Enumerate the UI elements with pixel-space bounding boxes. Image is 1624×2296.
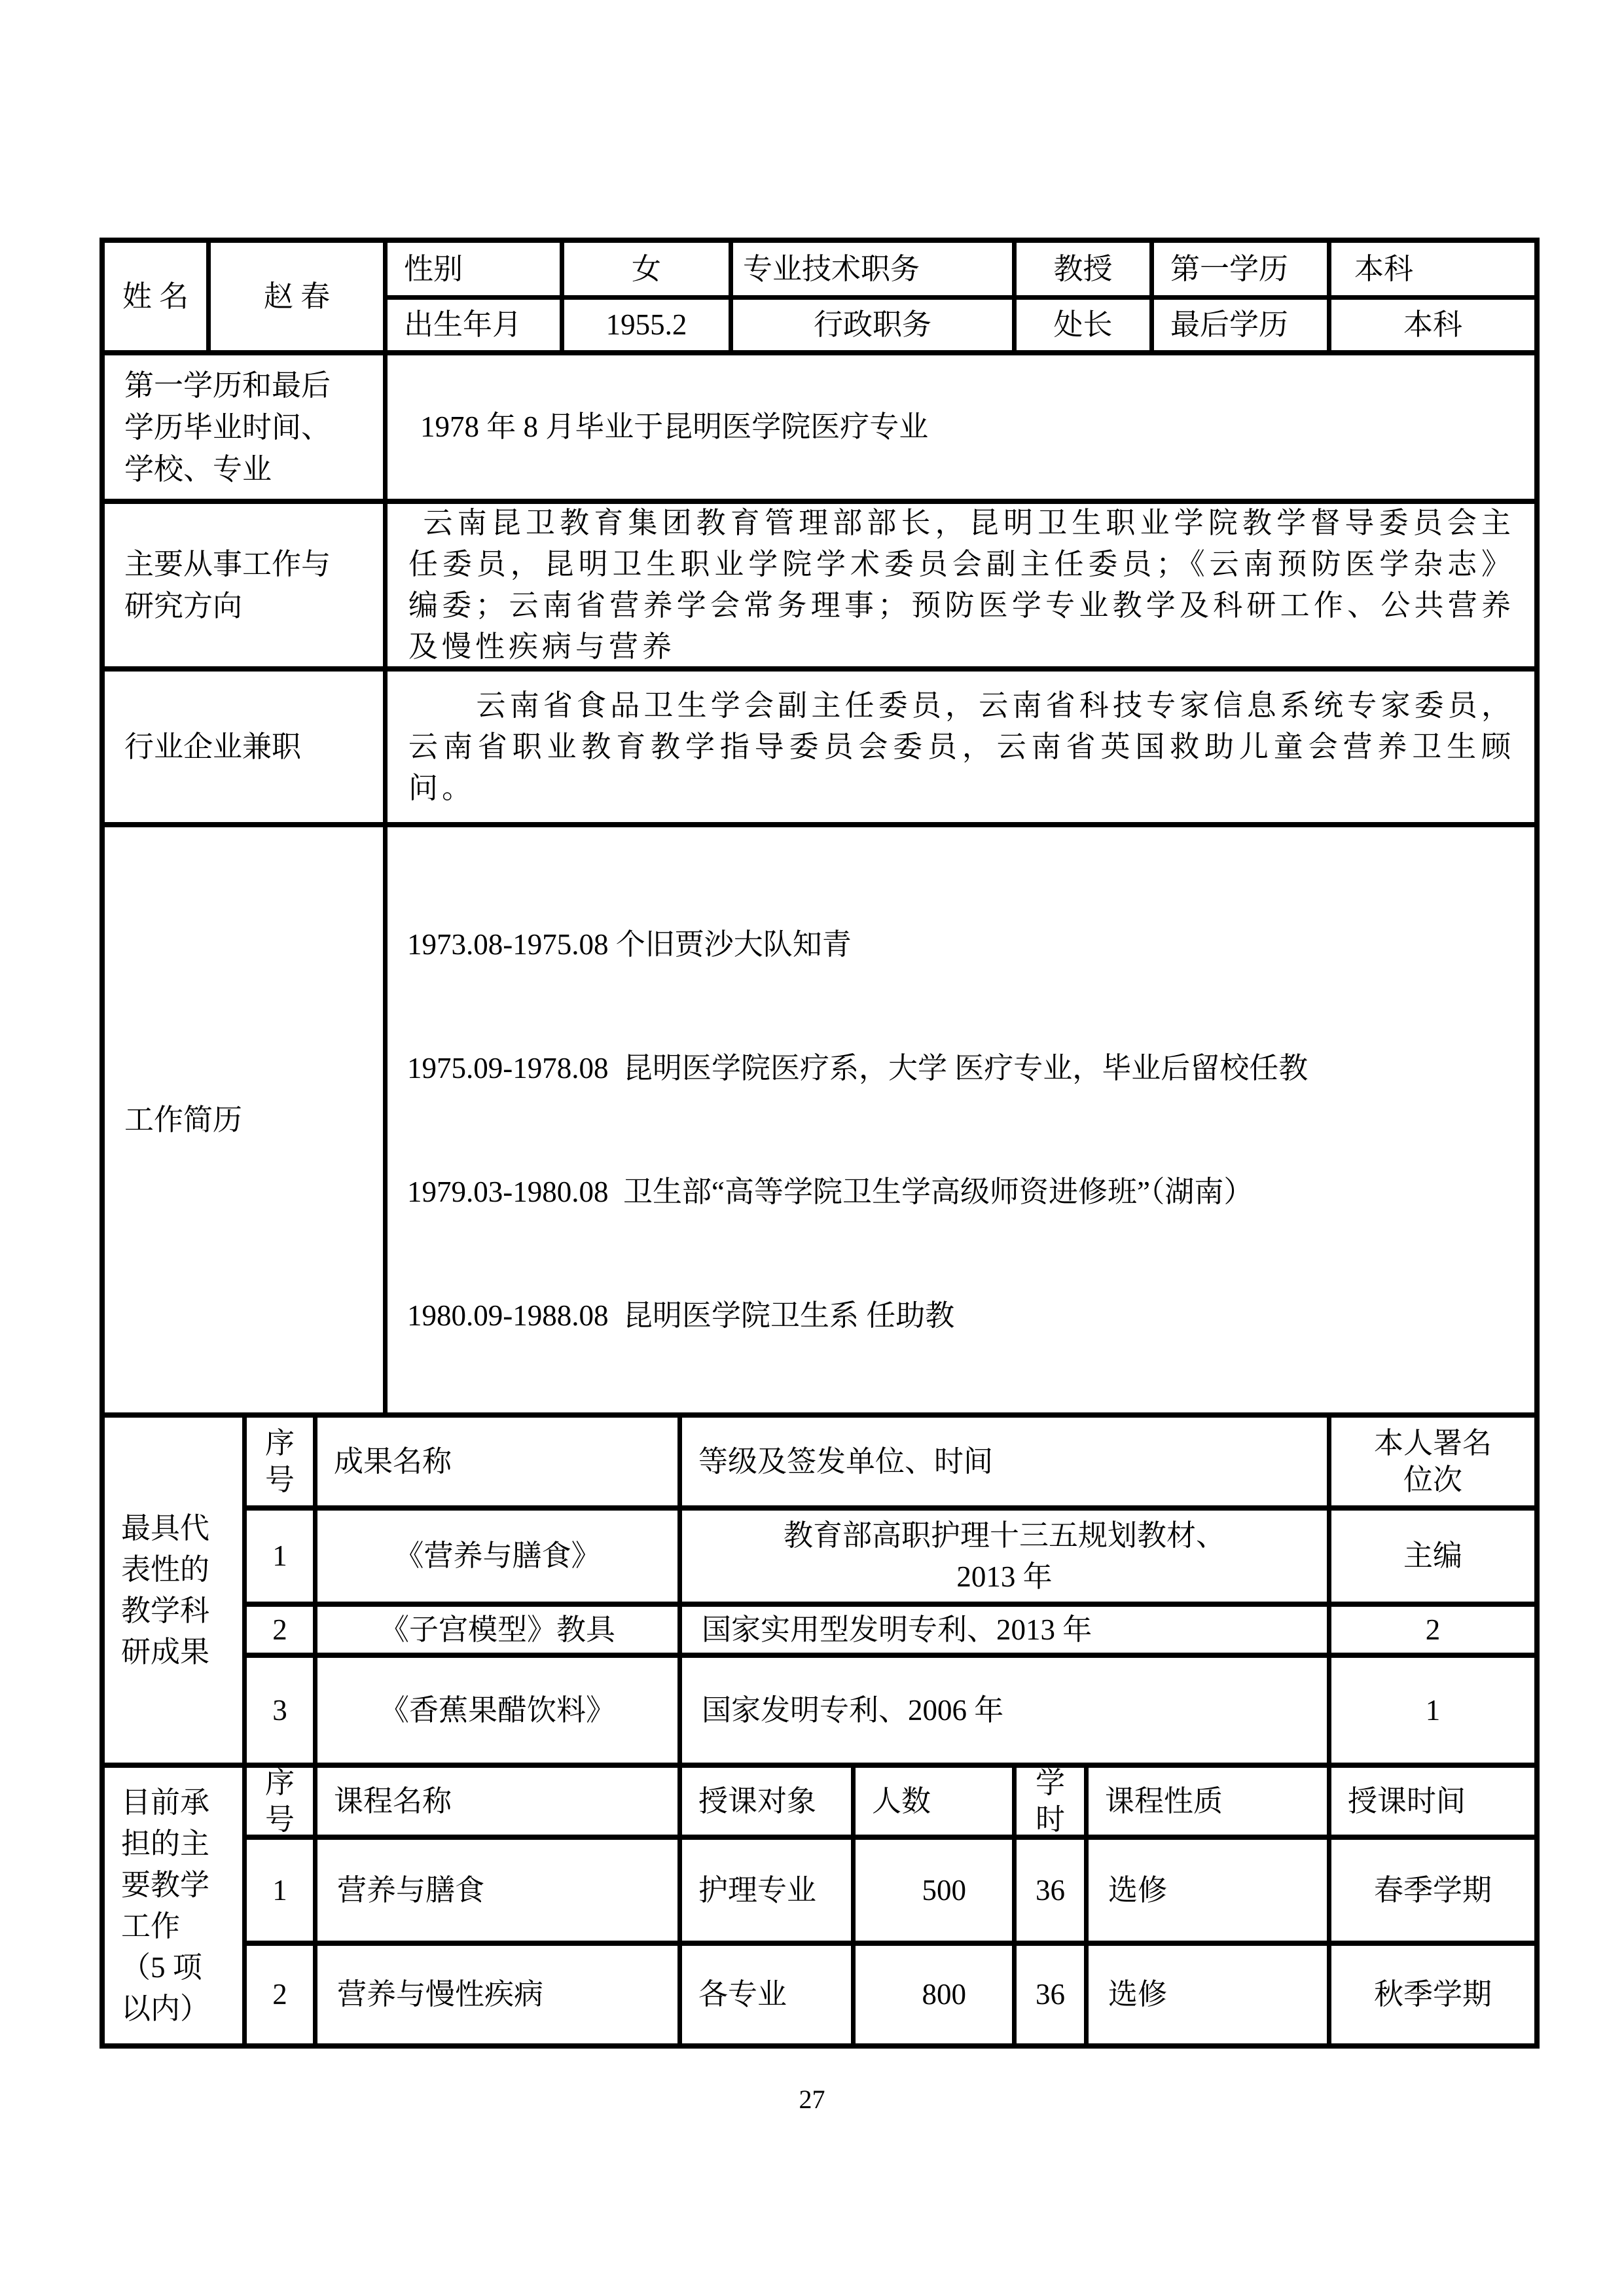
education-content: 1978 年 8 月毕业于昆明医学院医疗专业 [388,355,1534,499]
tech-title-value: 教授 [1017,243,1154,300]
achievement-rank: 1 [1331,1658,1534,1763]
birth-label: 出生年月 [388,300,564,350]
teaching-header-type: 课程性质 [1089,1768,1331,1840]
industry-roles-content: 云南省食品卫生学会副主任委员，云南省科技专家信息系统专家委员，云南省职业教育教学… [388,672,1534,822]
resume-entry: 1980.09-1988.08 昆明医学院卫生系 任助教 [407,1295,1521,1336]
admin-title-value: 处长 [1017,300,1154,350]
achievement-grade: 国家实用型发明专利、2013 年 [682,1607,1331,1658]
resume-entry: 1973.08-1975.08 个旧贾沙大队知青 [407,924,1521,965]
resume-entry: 1979.03-1980.08 卫生部“高等学院卫生学高级师资进修班”（湖南） [407,1172,1521,1213]
education-row: 第一学历和最后 学历毕业时间、 学校、专业 1978 年 8 月毕业于昆明医学院… [105,350,1534,499]
achievement-grade: 国家发明专利、2006 年 [682,1658,1331,1763]
resume-form-table: 姓 名 赵 春 性别 女 专业技术职务 教授 第一学历 本科 出生年月 1955… [99,238,1540,2049]
teaching-section: 目前承 担的主 要教学 工作 （5 项 以内） 序 号 课程名称 授课对象 人数… [105,1763,1534,2043]
work-direction-content: 云南昆卫教育集团教育管理部部长，昆明卫生职业学院教学督导委员会主任委员，昆明卫生… [388,504,1534,666]
teaching-header-course: 课程名称 [317,1768,682,1840]
teaching-label: 目前承 担的主 要教学 工作 （5 项 以内） [105,1768,247,2043]
industry-roles-row: 行业企业兼职 云南省食品卫生学会副主任委员，云南省科技专家信息系统专家委员，云南… [105,666,1534,822]
achievement-name: 《香蕉果醋饮料》 [317,1658,682,1763]
name-value: 赵 春 [211,243,388,350]
achievement-no: 2 [247,1607,317,1658]
course-type: 选修 [1089,1840,1331,1946]
teaching-header-hours: 学 时 [1017,1768,1089,1840]
gender-value: 女 [564,243,733,300]
achievements-header-name: 成果名称 [317,1418,682,1511]
course-name: 营养与慢性疾病 [317,1946,682,2043]
first-degree-value: 本科 [1331,243,1534,300]
course-students: 800 [856,1946,1017,2043]
achievement-name: 《子宫模型》教具 [317,1607,682,1658]
course-audience: 各专业 [682,1946,856,2043]
basic-info-section: 姓 名 赵 春 性别 女 专业技术职务 教授 第一学历 本科 出生年月 1955… [105,243,1534,350]
course-type: 选修 [1089,1946,1331,2043]
achievement-grade: 教育部高职护理十三五规划教材、 2013 年 [682,1511,1331,1607]
resume-entry: 1975.09-1978.08 昆明医学院医疗系，大学 医疗专业，毕业后留校任教 [407,1048,1521,1089]
teaching-header-time: 授课时间 [1331,1768,1534,1840]
work-direction-text: 云南昆卫教育集团教育管理部部长，昆明卫生职业学院教学督导委员会主任委员，昆明卫生… [408,504,1515,666]
work-resume-row: 工作简历 1973.08-1975.08 个旧贾沙大队知青 1975.09-19… [105,822,1534,1412]
admin-title-label: 行政职务 [733,300,1017,350]
work-direction-label: 主要从事工作与 研究方向 [105,504,388,666]
course-name: 营养与膳食 [317,1840,682,1946]
work-direction-row: 主要从事工作与 研究方向 云南昆卫教育集团教育管理部部长，昆明卫生职业学院教学督… [105,499,1534,666]
last-degree-value: 本科 [1331,300,1534,350]
course-students: 500 [856,1840,1017,1946]
birth-value: 1955.2 [564,300,733,350]
page-number: 27 [0,2080,1624,2119]
industry-roles-text: 云南省食品卫生学会副主任委员，云南省科技专家信息系统专家委员，云南省职业教育教学… [408,685,1515,809]
course-audience: 护理专业 [682,1840,856,1946]
name-label: 姓 名 [105,243,211,350]
first-degree-label: 第一学历 [1154,243,1331,300]
gender-label: 性别 [388,243,564,300]
work-resume-content: 1973.08-1975.08 个旧贾沙大队知青 1975.09-1978.08… [388,827,1534,1412]
course-no: 1 [247,1840,317,1946]
achievements-header-no: 序 号 [247,1418,317,1511]
work-resume-label: 工作简历 [105,827,388,1412]
achievement-rank: 主编 [1331,1511,1534,1607]
course-hours: 36 [1017,1946,1089,2043]
course-hours: 36 [1017,1840,1089,1946]
tech-title-label: 专业技术职务 [733,243,1017,300]
teaching-header-no: 序 号 [247,1768,317,1840]
achievement-no: 1 [247,1511,317,1607]
achievements-section: 最具代 表性的 教学科 研成果 序 号 成果名称 等级及签发单位、时间 本人署名… [105,1412,1534,1763]
document-page: 姓 名 赵 春 性别 女 专业技术职务 教授 第一学历 本科 出生年月 1955… [0,0,1624,2296]
achievements-label: 最具代 表性的 教学科 研成果 [105,1418,247,1763]
achievement-no: 3 [247,1658,317,1763]
last-degree-label: 最后学历 [1154,300,1331,350]
teaching-header-students: 人数 [856,1768,1017,1840]
teaching-header-audience: 授课对象 [682,1768,856,1840]
course-no: 2 [247,1946,317,2043]
achievement-rank: 2 [1331,1607,1534,1658]
achievements-header-grade: 等级及签发单位、时间 [682,1418,1331,1511]
achievement-name: 《营养与膳食》 [317,1511,682,1607]
course-time: 秋季学期 [1331,1946,1534,2043]
achievements-header-rank: 本人署名 位次 [1331,1418,1534,1511]
course-time: 春季学期 [1331,1840,1534,1946]
industry-roles-label: 行业企业兼职 [105,672,388,822]
education-label: 第一学历和最后 学历毕业时间、 学校、专业 [105,355,388,499]
